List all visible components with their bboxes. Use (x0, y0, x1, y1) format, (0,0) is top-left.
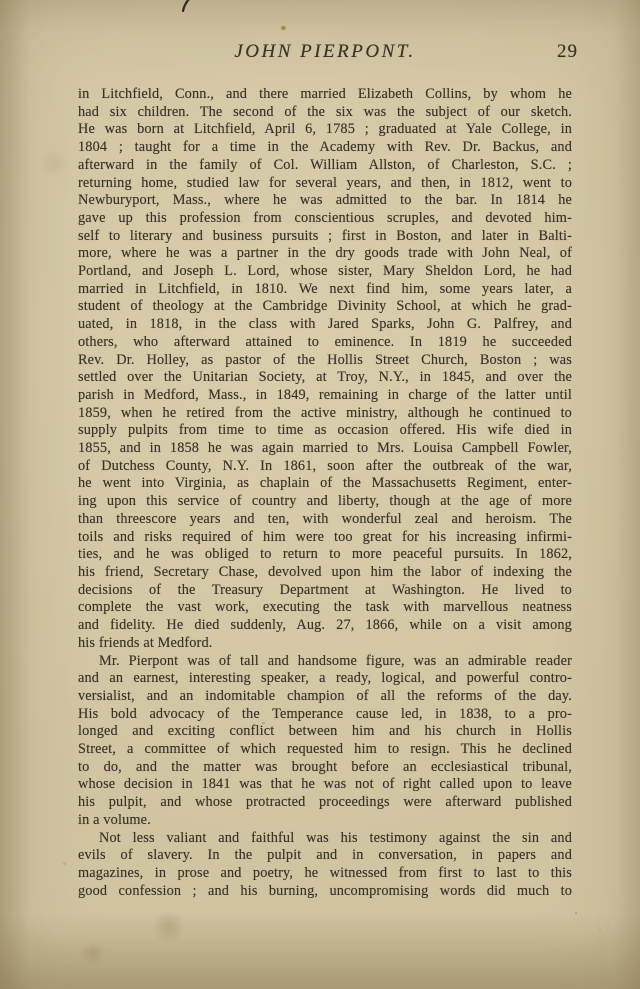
text-line: decisions of the Treasury Department at … (78, 582, 572, 600)
text-line: parish in Medford, Mass., in 1849, remai… (78, 387, 572, 405)
paper-smudge (80, 942, 106, 964)
paper-speck (63, 862, 66, 865)
text-line: Street, a committee of which requested h… (78, 741, 572, 759)
paragraph: Mr. Pierpont was of tall and handsome fi… (78, 653, 572, 830)
text-line: 1859, when he retired from the active mi… (78, 405, 572, 423)
text-line: Portland, and Joseph L. Lord, whose sist… (78, 263, 572, 281)
text-line: in a volume. (78, 812, 572, 830)
text-line: ties, and he was obliged to return to mo… (78, 546, 572, 564)
text-line: Rev. Dr. Holley, as pastor of the Hollis… (78, 352, 572, 370)
text-line: than threescore years and ten, with wond… (78, 511, 572, 529)
text-line: complete the vast work, executing the ta… (78, 599, 572, 617)
text-line: versialist, and an indomitable champion … (78, 688, 572, 706)
paper-smudge (40, 150, 70, 176)
text-line: and fidelity. He died suddenly, Aug. 27,… (78, 617, 572, 635)
text-line: His bold advocacy of the Temperance caus… (78, 706, 572, 724)
ink-mark (181, 0, 192, 12)
text-line: married in Litchfield, in 1810. We next … (78, 281, 572, 299)
paper-speck (575, 912, 577, 914)
text-line: settled over the Unitarian Society, at T… (78, 369, 572, 387)
text-line: Newburyport, Mass., where he was admitte… (78, 192, 572, 210)
text-line: 1855, and in 1858 he was again married t… (78, 440, 572, 458)
paper-smudge (150, 912, 188, 942)
text-line: afterward in the family of Col. William … (78, 157, 572, 175)
text-line: uated, in 1818, in the class with Jared … (78, 316, 572, 334)
paragraph: Not less valiant and faithful was his te… (78, 830, 572, 901)
paragraph: in Litchfield, Conn., and there married … (78, 86, 572, 653)
text-line: magazines, in prose and poetry, he witne… (78, 865, 572, 883)
text-line: in Litchfield, Conn., and there married … (78, 86, 572, 104)
running-title: JOHN PIERPONT. (78, 41, 572, 63)
scanned-book-page: JOHN PIERPONT. 29 in Litchfield, Conn., … (0, 0, 640, 989)
text-line: supply pulpits from time to time as occa… (78, 422, 572, 440)
foxing-dot (281, 26, 286, 30)
page-header: JOHN PIERPONT. 29 (78, 41, 572, 67)
text-line: student of theology at the Cambridge Div… (78, 298, 572, 316)
text-line: whose decision in 1841 was that he was n… (78, 776, 572, 794)
text-line: evils of slavery. In the pulpit and in c… (78, 847, 572, 865)
text-line: his pulpit, and whose protracted proceed… (78, 794, 572, 812)
text-line: Not less valiant and faithful was his te… (78, 830, 572, 848)
text-line: he went into Virginia, as chaplain of th… (78, 475, 572, 493)
text-line: and an earnest, interesting speaker, a r… (78, 670, 572, 688)
text-line: his friends at Medford. (78, 635, 572, 653)
page-number: 29 (557, 41, 578, 63)
text-line: self to literary and business pursuits ;… (78, 228, 572, 246)
text-line: had six children. The second of the six … (78, 104, 572, 122)
text-line: 1804 ; taught for a time in the Academy … (78, 139, 572, 157)
text-line: toils and risks required of him were too… (78, 529, 572, 547)
text-line: returning home, studied law for several … (78, 175, 572, 193)
text-line: gave up this profession from conscientio… (78, 210, 572, 228)
paper-speck (599, 929, 601, 931)
text-line: of Dutchess County, N.Y. In 1861, soon a… (78, 458, 572, 476)
text-line: his friend, Secretary Chase, devolved up… (78, 564, 572, 582)
text-line: longed and exciting conflict between him… (78, 723, 572, 741)
text-line: good confession ; and his burning, uncom… (78, 883, 572, 901)
text-line: Mr. Pierpont was of tall and handsome fi… (78, 653, 572, 671)
text-line: ing upon this service of country and lib… (78, 493, 572, 511)
text-line: to do, and the matter was brought before… (78, 759, 572, 777)
text-line: more, where he was a partner in the dry … (78, 245, 572, 263)
text-line: He was born at Litchfield, April 6, 1785… (78, 121, 572, 139)
text-line: others, who afterward attained to eminen… (78, 334, 572, 352)
page-body: in Litchfield, Conn., and there married … (78, 86, 572, 900)
